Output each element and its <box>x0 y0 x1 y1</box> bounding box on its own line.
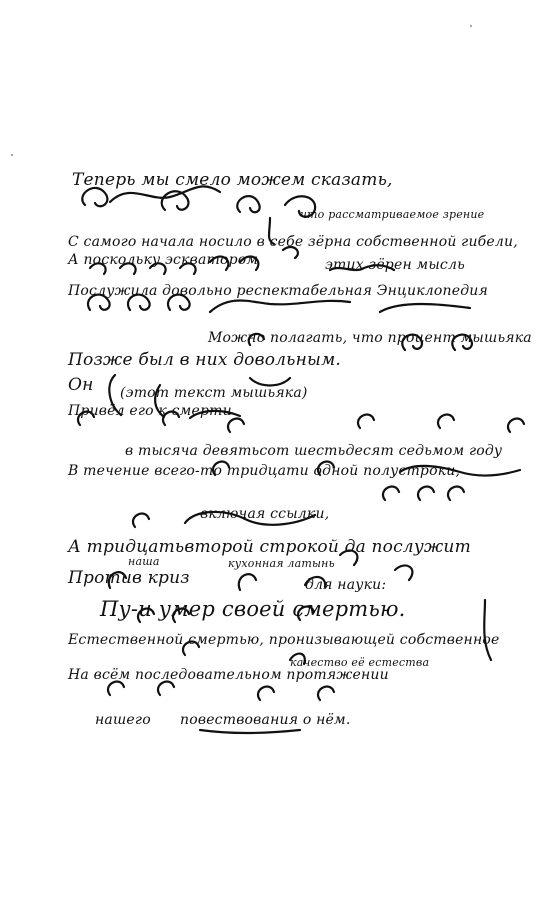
poem-line: Он <box>68 375 94 395</box>
poem-line: Теперь мы смело можем сказать, <box>72 170 393 190</box>
poem-line: В течение всего-то тридцати одной полуст… <box>68 463 460 479</box>
poem-line: этих зёрен мысль <box>325 257 465 273</box>
poem-line: Послужила довольно респектабельная Энцик… <box>68 283 488 299</box>
poem-line: Естественной смертью, пронизывающей собс… <box>68 632 500 648</box>
poem-line: А тридцатьвторой строкой да послужит <box>68 537 471 557</box>
poem-line: кухонная латынь <box>228 557 335 570</box>
poem-line: Позже был в них довольным. <box>68 350 341 370</box>
poem-line: включая ссылки, <box>200 506 329 522</box>
poem-line: Можно полагать, что процент мышьяка <box>208 330 532 346</box>
poem-line: наша <box>128 555 160 568</box>
ink-speck <box>11 154 13 156</box>
poem-line: А поскольку эскватором <box>68 252 258 268</box>
poem-line: С самого начала носило в себе зёрна собс… <box>68 234 518 250</box>
ink-speck <box>470 25 472 27</box>
poem-line: На всём последовательном протяжении <box>68 667 389 683</box>
poem-line: повествования о нём. <box>180 712 350 728</box>
poem-line: Привёл его к смерти <box>68 403 232 419</box>
poem-line: (этот текст мышьяка) <box>120 385 308 401</box>
poem-line: для науки: <box>305 577 386 593</box>
poem-line: Против криз <box>68 568 190 588</box>
poem-line: что рассматриваемое зрение <box>300 208 484 221</box>
poem-line: нашего <box>95 712 151 728</box>
poem-line: в тысяча девятьсот шестьдесят седьмом го… <box>125 443 502 459</box>
poem-line: Пу-и умер своей смертью. <box>100 597 406 621</box>
handwritten-page: Теперь мы смело можем сказать, что рассм… <box>0 0 550 911</box>
